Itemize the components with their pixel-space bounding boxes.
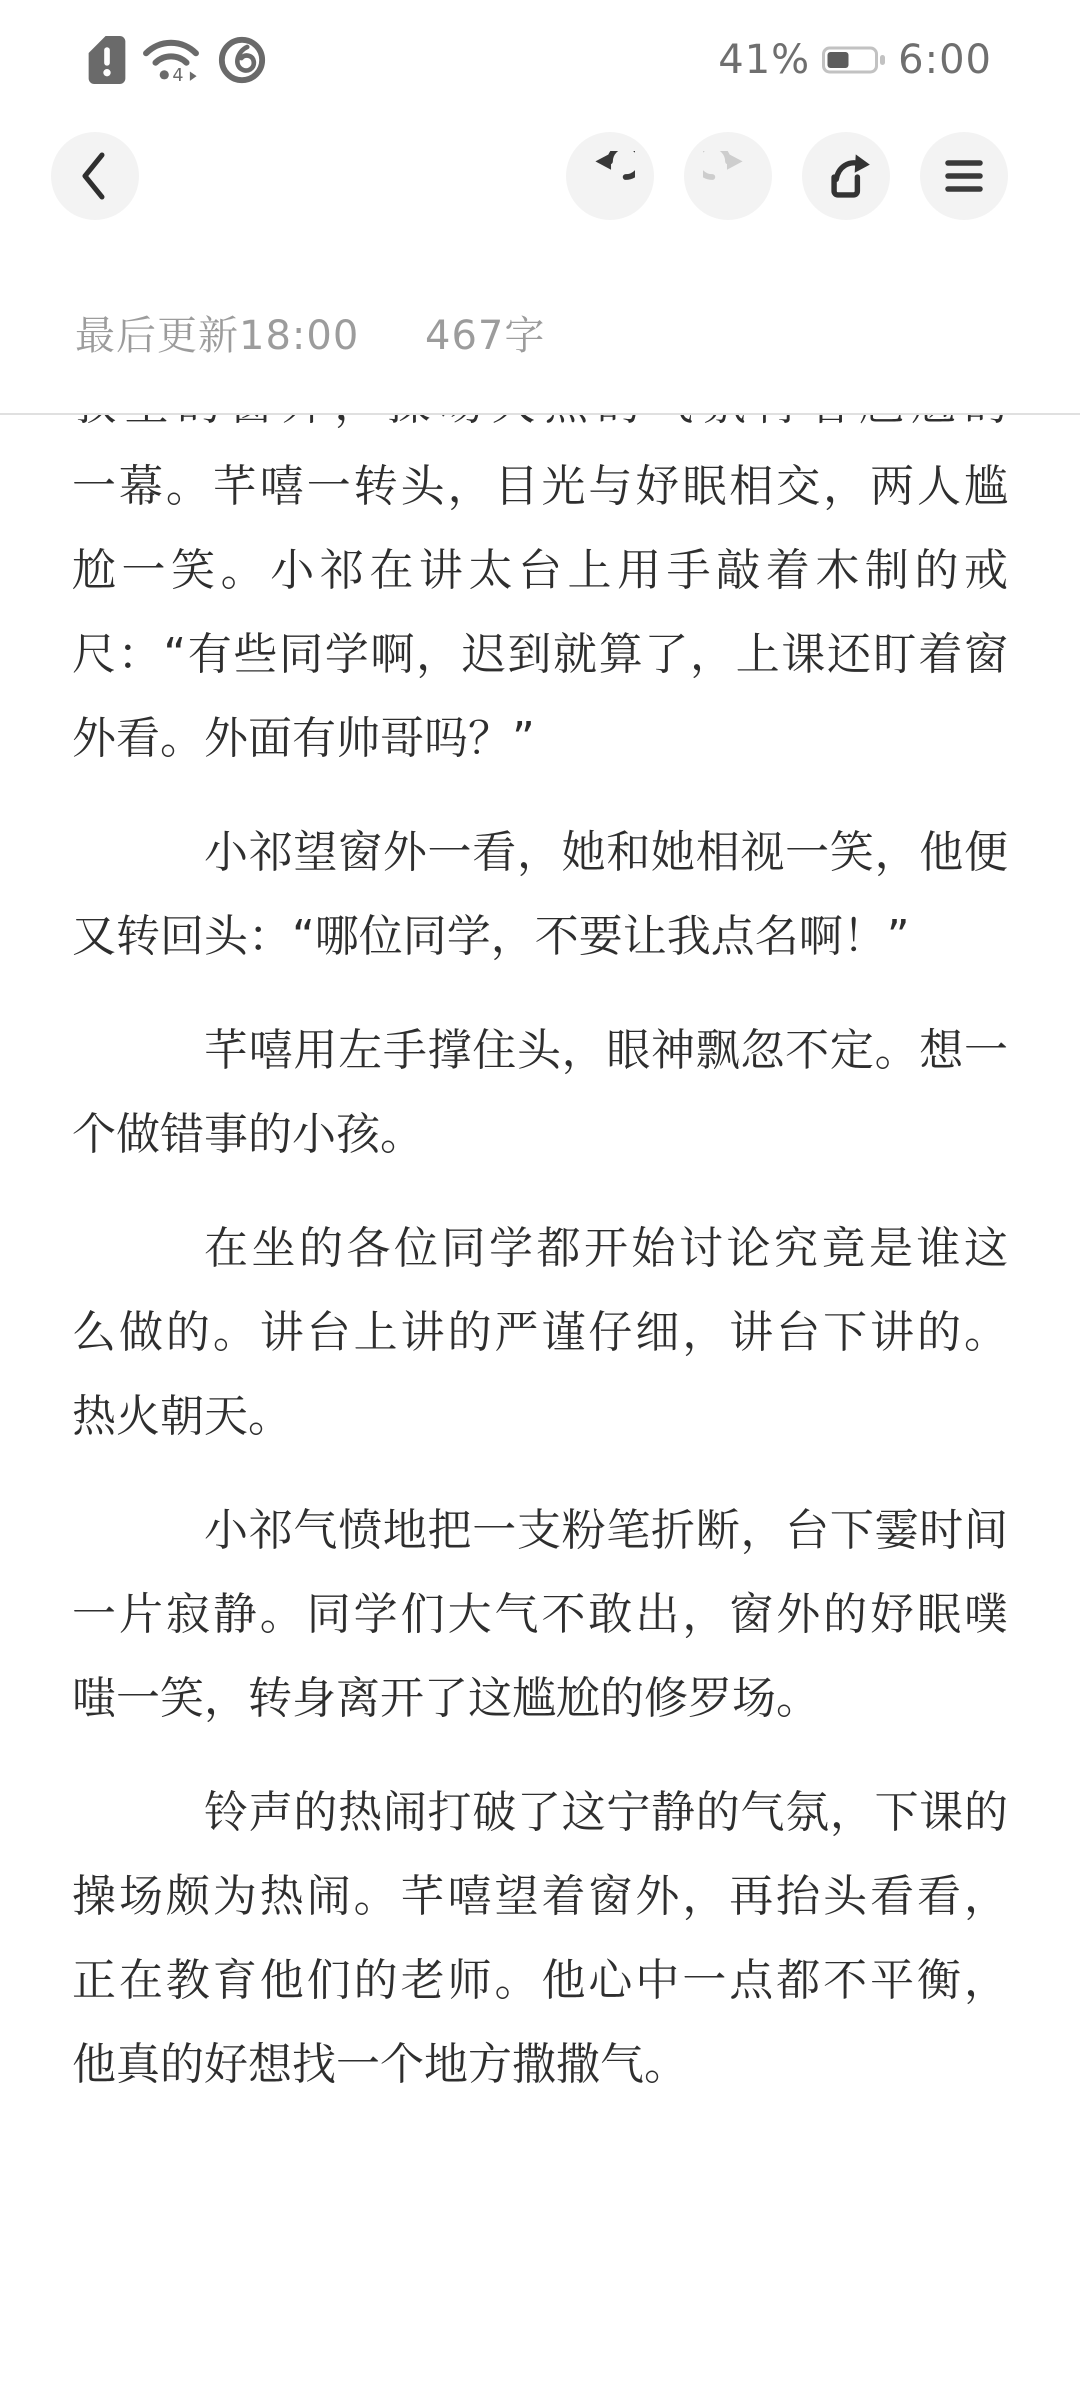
text-line[interactable]: 外看。外面有帅哥吗？” — [72, 697, 1008, 781]
wifi-icon: 4 — [140, 35, 202, 85]
toolbar-actions — [566, 132, 1008, 220]
redo-icon — [703, 151, 753, 201]
redo-button[interactable] — [684, 132, 772, 220]
text-line[interactable]: 铃声的热闹打破了这宁静的气氛，下课的 — [72, 1771, 1008, 1855]
back-chevron-icon — [75, 148, 115, 204]
clipped-line-text: 教室的窗外，操场火热的气氛衬着尴尬的 — [72, 415, 1008, 441]
text-line[interactable]: 一片寂静。同学们大气不敢出，窗外的妤眠噗 — [72, 1573, 1008, 1657]
clock: 6:00 — [898, 37, 992, 83]
text-line[interactable]: 嗤一笑，转身离开了这尴尬的修罗场。 — [72, 1657, 1008, 1741]
back-button[interactable] — [51, 132, 139, 220]
note-meta: 最后更新18:00 467字 — [0, 312, 1080, 360]
text-line[interactable]: 正在教育他们的老师。他心中一点都不平衡， — [72, 1939, 1008, 2023]
word-count-label: 467字 — [425, 313, 545, 359]
toolbar — [0, 132, 1080, 220]
text-line[interactable]: 小祁气愤地把一支粉笔折断，台下霎时间 — [72, 1489, 1008, 1573]
text-line[interactable]: 一幕。芊嘻一转头，目光与妤眠相交，两人尴 — [72, 445, 1008, 529]
undo-button[interactable] — [566, 132, 654, 220]
battery-icon — [822, 44, 886, 76]
menu-button[interactable] — [920, 132, 1008, 220]
share-button[interactable] — [802, 132, 890, 220]
wifi-badge: 4 — [172, 66, 183, 85]
status-left-icons: 4 — [88, 34, 268, 86]
status-right: 41% 6:00 — [718, 37, 992, 83]
text-line[interactable]: 又转回头：“哪位同学，不要让我点名啊！” — [72, 895, 1008, 979]
undo-icon — [585, 151, 635, 201]
text-line[interactable]: 在坐的各位同学都开始讨论究竟是谁这 — [72, 1207, 1008, 1291]
text-line[interactable]: 个做错事的小孩。 — [72, 1093, 1008, 1177]
text-line[interactable]: 尬一笑。小祁在讲太台上用手敲着木制的戒 — [72, 529, 1008, 613]
netease-music-icon — [216, 34, 268, 86]
sim-alert-icon — [88, 36, 126, 84]
text-line[interactable]: 他真的好想找一个地方撒撒气。 — [72, 2023, 1008, 2107]
paragraph[interactable]: 一幕。芊嘻一转头，目光与妤眠相交，两人尴尬一笑。小祁在讲太台上用手敲着木制的戒尺… — [72, 445, 1008, 781]
text-line[interactable]: 小祁望窗外一看，她和她相视一笑，他便 — [72, 811, 1008, 895]
hamburger-menu-icon — [941, 155, 987, 197]
paragraph[interactable]: 在坐的各位同学都开始讨论究竟是谁这么做的。讲台上讲的严谨仔细，讲台下讲的。热火朝… — [72, 1207, 1008, 1459]
paragraph[interactable]: 芊嘻用左手撑住头，眼神飘忽不定。想一个做错事的小孩。 — [72, 1009, 1008, 1177]
paragraph[interactable]: 铃声的热闹打破了这宁静的气氛，下课的操场颇为热闹。芊嘻望着窗外，再抬头看看，正在… — [72, 1771, 1008, 2107]
text-line[interactable]: 操场颇为热闹。芊嘻望着窗外，再抬头看看， — [72, 1855, 1008, 1939]
paragraph[interactable]: 小祁气愤地把一支粉笔折断，台下霎时间一片寂静。同学们大气不敢出，窗外的妤眠噗嗤一… — [72, 1489, 1008, 1741]
status-bar: 4 41% 6:00 — [0, 25, 1080, 95]
clipped-line[interactable]: 教室的窗外，操场火热的气氛衬着尴尬的 — [0, 415, 1080, 441]
last-updated-label: 最后更新18:00 — [75, 313, 359, 359]
text-line[interactable]: 热火朝天。 — [72, 1375, 1008, 1459]
note-editor[interactable]: 一幕。芊嘻一转头，目光与妤眠相交，两人尴尬一笑。小祁在讲太台上用手敲着木制的戒尺… — [0, 445, 1080, 2107]
battery-percent: 41% — [718, 37, 810, 83]
paragraph[interactable]: 小祁望窗外一看，她和她相视一笑，他便又转回头：“哪位同学，不要让我点名啊！” — [72, 811, 1008, 979]
text-line[interactable]: 么做的。讲台上讲的严谨仔细，讲台下讲的。 — [72, 1291, 1008, 1375]
share-icon — [820, 150, 872, 202]
text-line[interactable]: 芊嘻用左手撑住头，眼神飘忽不定。想一 — [72, 1009, 1008, 1093]
text-line[interactable]: 尺：“有些同学啊，迟到就算了，上课还盯着窗 — [72, 613, 1008, 697]
